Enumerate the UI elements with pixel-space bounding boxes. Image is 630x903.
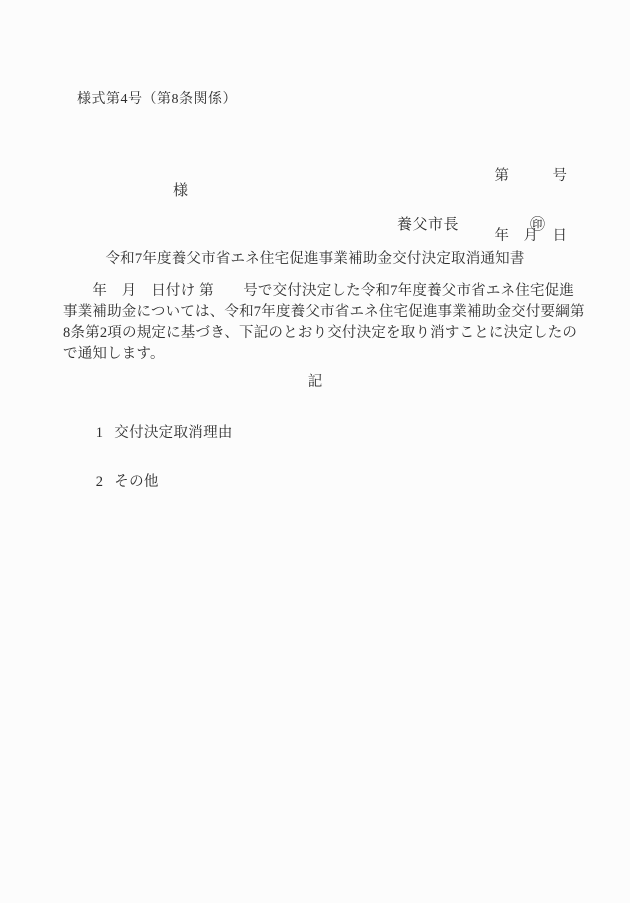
seal-mark-icon: ㊞ <box>530 213 545 234</box>
item-label: 交付決定取消理由 <box>114 425 232 441</box>
body-paragraph: 年 月 日付け 第 号で交付決定した令和7年度養父市省エネ住宅促進 事業補助金に… <box>63 281 568 365</box>
list-item-other: 2その他 <box>80 453 159 508</box>
item-label: その他 <box>114 474 158 490</box>
document-page: 様式第4号（第8条関係） 第 号 年 月 日 様 養父市長 ㊞ 令和7年度養父市… <box>0 0 630 903</box>
record-marker: 記 <box>0 370 630 391</box>
item-number: 1 <box>96 425 104 441</box>
body-line-1: 年 月 日付け 第 号で交付決定した令和7年度養父市省エネ住宅促進 <box>63 281 568 302</box>
body-line-4: で通知します。 <box>63 344 568 365</box>
body-line-2: 事業補助金については、令和7年度養父市省エネ住宅促進事業補助金交付要綱第 <box>63 302 568 323</box>
document-number-line: 第 号 <box>495 166 568 186</box>
list-item-reason: 1交付決定取消理由 <box>80 404 233 459</box>
addressee-honorific: 様 <box>173 179 188 200</box>
document-title: 令和7年度養父市省エネ住宅促進事業補助金交付決定取消通知書 <box>0 247 630 268</box>
item-number: 2 <box>96 474 104 490</box>
body-line-3: 8条第2項の規定に基づき、下記のとおり交付決定を取り消すことに決定したの <box>63 323 568 344</box>
sender-name: 養父市長 <box>397 213 459 234</box>
form-number-label: 様式第4号（第8条関係） <box>77 88 237 108</box>
